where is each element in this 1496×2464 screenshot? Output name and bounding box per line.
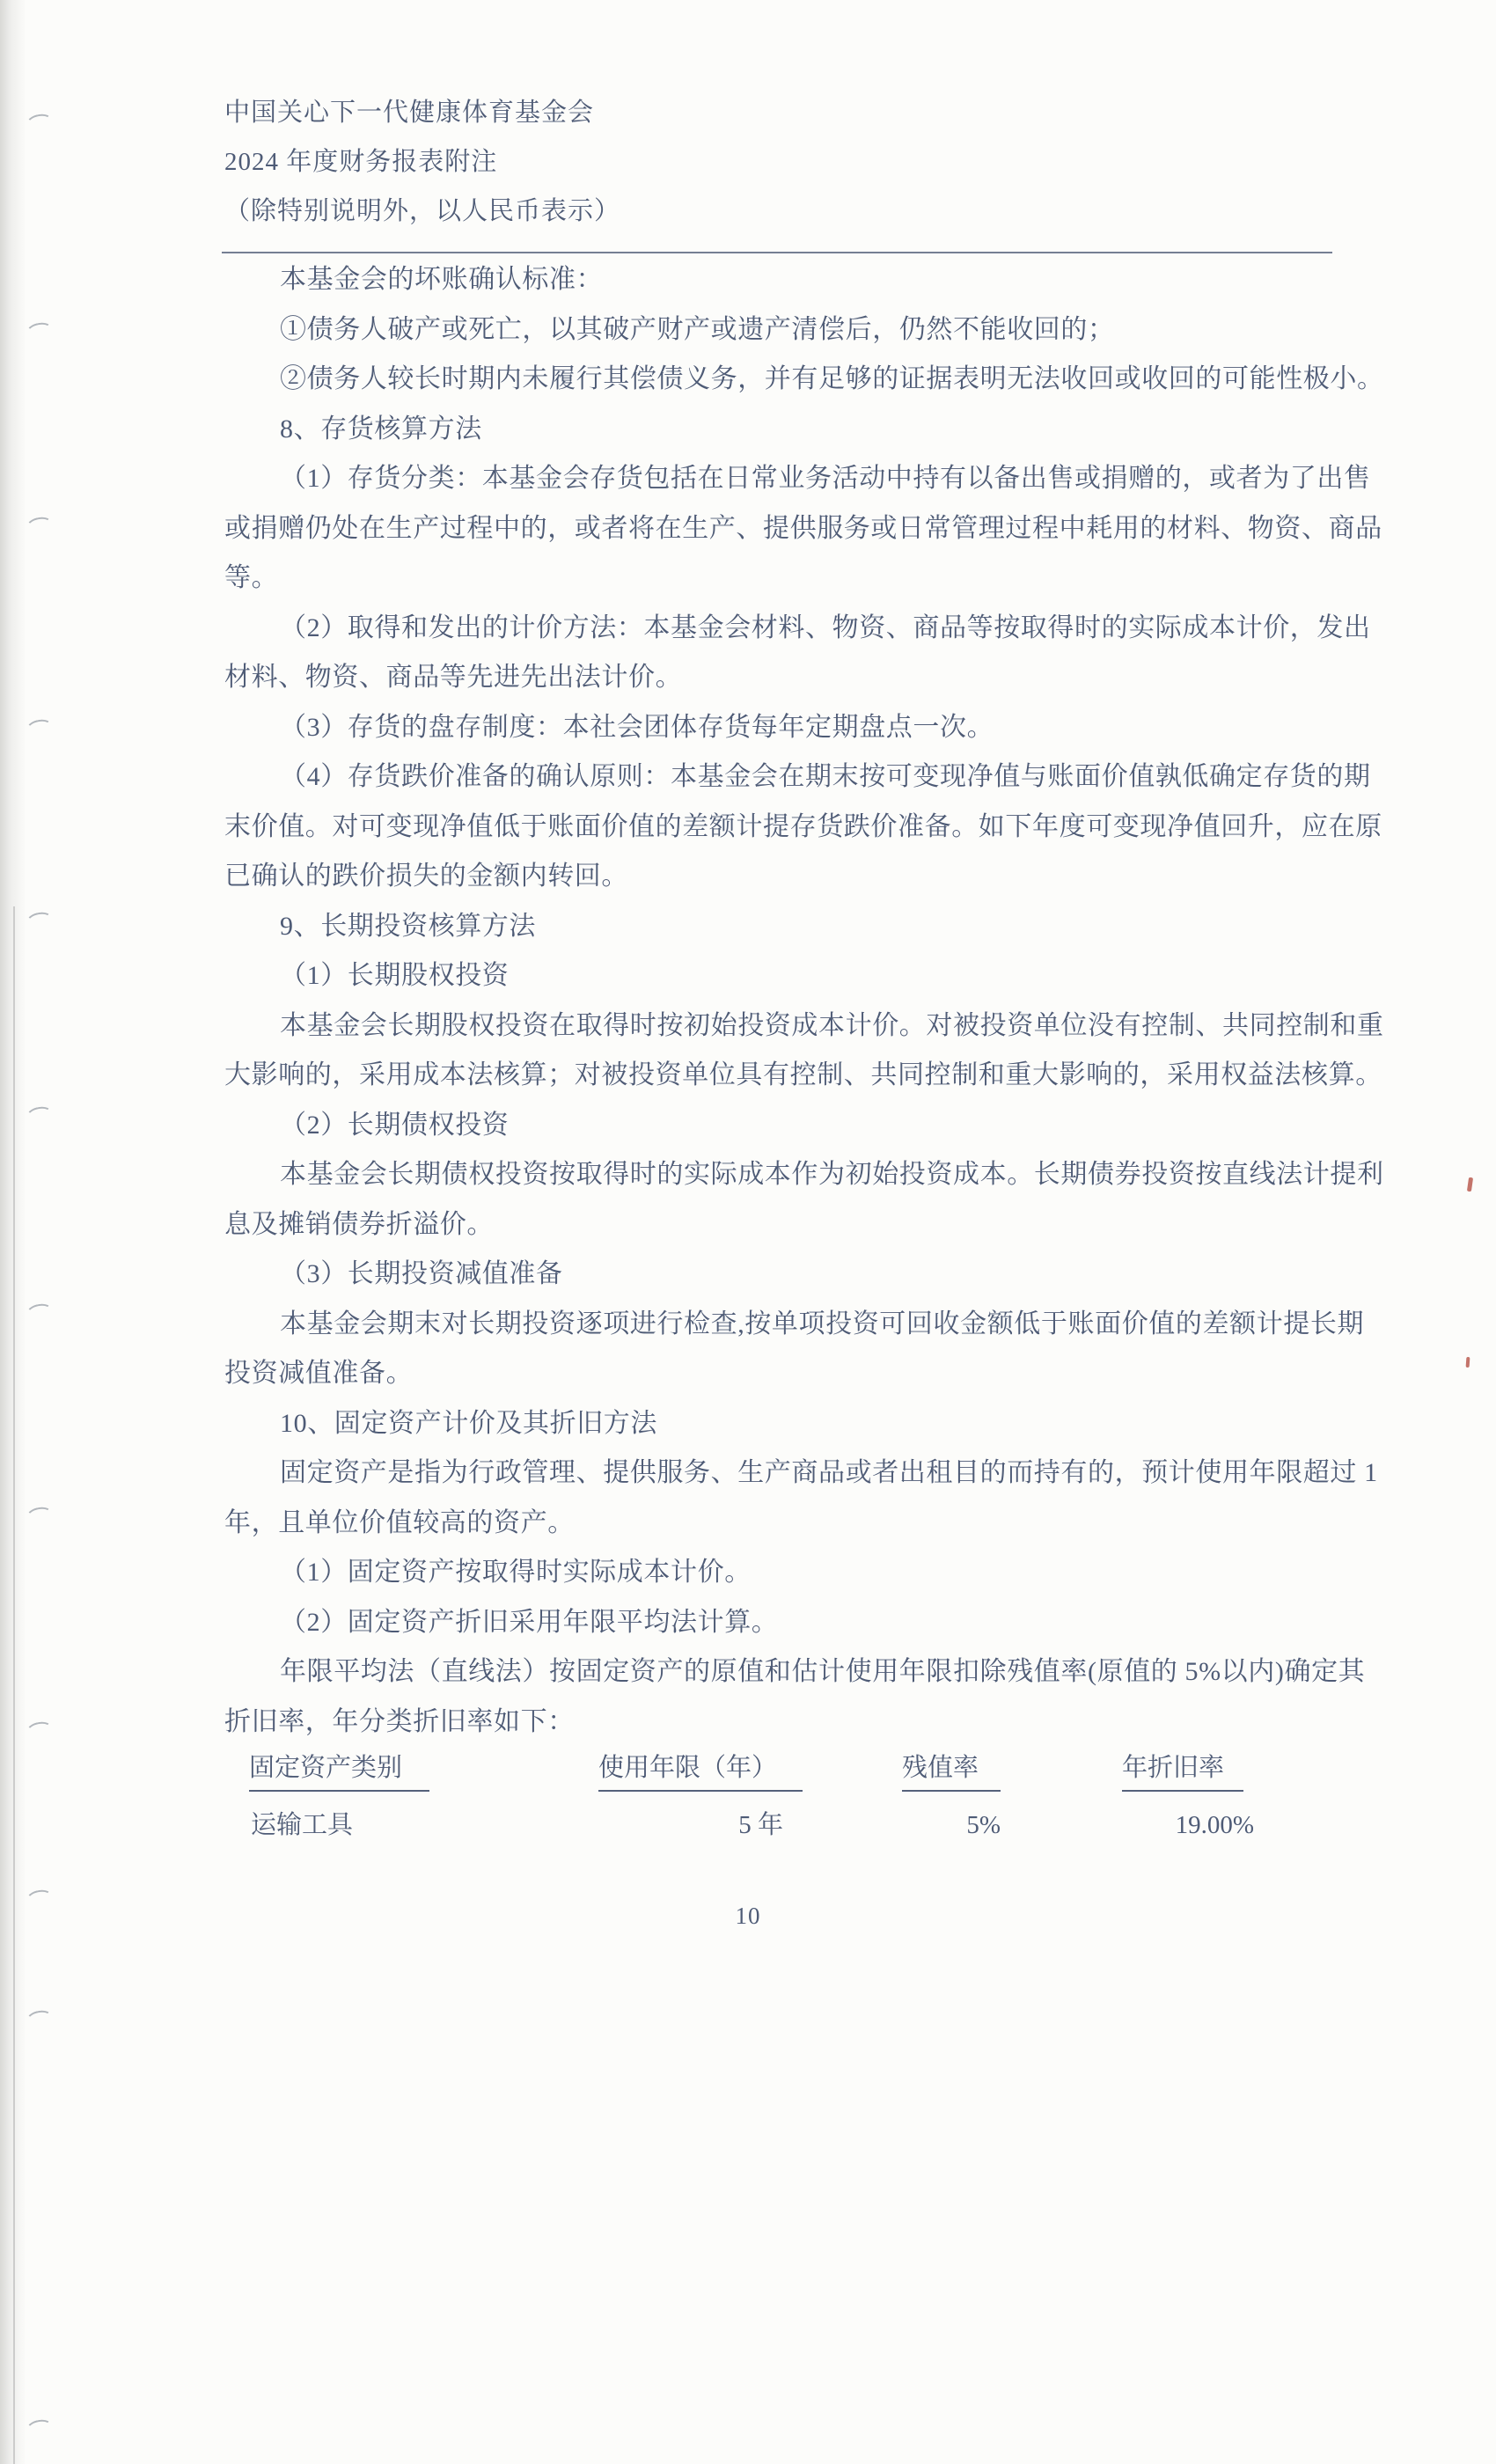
table-header-asset-class: 固定资产类别 <box>249 1749 429 1792</box>
binding-mark <box>26 1720 55 1742</box>
body-line: （2）长期债权投资 <box>224 1101 1335 1151</box>
body-line: 年，且单位价值较高的资产。 <box>224 1499 1335 1549</box>
body-line: 已确认的跌价损失的金额内转回。 <box>224 852 1335 902</box>
document-header: 中国关心下一代健康体育基金会 2024 年度财务报表附注 （除特别说明外，以人民… <box>224 88 1333 236</box>
body-line: 10、固定资产计价及其折旧方法 <box>224 1399 1335 1449</box>
table-cell-residual-rate: 5% <box>902 1808 1001 1843</box>
binding-mark <box>26 911 55 932</box>
body-line: （3）存货的盘存制度：本社会团体存货每年定期盘点一次。 <box>224 703 1335 753</box>
margin-red-mark <box>1467 1177 1473 1192</box>
binding-mark <box>26 2009 55 2030</box>
body-line: 或捐赠仍处在生产过程中的，或者将在生产、提供服务或日常管理过程中耗用的材料、物资… <box>224 504 1335 554</box>
body-line: （2）取得和发出的计价方法：本基金会材料、物资、商品等按取得时的实际成本计价，发… <box>224 604 1335 654</box>
body-line: 等。 <box>224 554 1335 604</box>
body-line: 大影响的，采用成本法核算；对被投资单位具有控制、共同控制和重大影响的，采用权益法… <box>224 1051 1335 1101</box>
scan-edge-line <box>13 906 15 2464</box>
binding-mark <box>26 113 55 134</box>
body-line: （1）长期股权投资 <box>224 951 1335 1001</box>
body-line: 本基金会期末对长期投资逐项进行检查,按单项投资可回收金额低于账面价值的差额计提长… <box>224 1300 1335 1350</box>
table-header-annual-rate: 年折旧率 <box>1122 1749 1243 1792</box>
binding-mark <box>26 321 55 342</box>
header-divider <box>222 252 1332 253</box>
body-line: （1）存货分类：本基金会存货包括在日常业务活动中持有以备出售或捐赠的，或者为了出… <box>224 454 1335 504</box>
body-line: 本基金会长期债权投资按取得时的实际成本作为初始投资成本。长期债券投资按直线法计提… <box>224 1150 1335 1200</box>
body-line: 材料、物资、商品等先进先出法计价。 <box>224 653 1335 703</box>
table-cell-asset-class: 运输工具 <box>251 1808 431 1843</box>
table-cell-annual-rate: 19.00% <box>1122 1808 1254 1843</box>
body-line: ②债务人较长时期内未履行其偿债义务，并有足够的证据表明无法收回或收回的可能性极小… <box>224 355 1335 405</box>
page-number: 10 <box>0 1903 1496 1930</box>
body-line: 息及摊销债券折溢价。 <box>224 1200 1335 1250</box>
binding-mark <box>26 718 55 739</box>
table-header-residual-rate: 残值率 <box>902 1749 1001 1792</box>
binding-mark <box>26 2418 55 2439</box>
binding-mark <box>26 1506 55 1527</box>
body-line: 9、长期投资核算方法 <box>224 902 1335 952</box>
body-line: 投资减值准备。 <box>224 1349 1335 1399</box>
binding-mark <box>26 516 55 537</box>
body-line: （3）长期投资减值准备 <box>224 1250 1335 1300</box>
binding-mark <box>26 1302 55 1324</box>
table-header-useful-life: 使用年限（年） <box>598 1749 803 1792</box>
binding-mark <box>26 1105 55 1126</box>
currency-note: （除特别说明外，以人民币表示） <box>224 187 1333 236</box>
body-line: 8、存货核算方法 <box>224 405 1335 455</box>
body-line: （1）固定资产按取得时实际成本计价。 <box>224 1548 1335 1598</box>
body-line: ①债务人破产或死亡，以其破产财产或遗产清偿后，仍然不能收回的； <box>224 305 1335 356</box>
body-line: 年限平均法（直线法）按固定资产的原值和估计使用年限扣除残值率(原值的 5%以内)… <box>224 1647 1335 1698</box>
body-line: 末价值。对可变现净值低于账面价值的差额计提存货跌价准备。如下年度可变现净值回升，… <box>224 803 1335 853</box>
report-title: 2024 年度财务报表附注 <box>224 137 1333 187</box>
document-body: 本基金会的坏账确认标准： ①债务人破产或死亡，以其破产财产或遗产清偿后，仍然不能… <box>224 255 1335 1747</box>
margin-red-mark <box>1466 1357 1470 1368</box>
body-line: 本基金会的坏账确认标准： <box>224 255 1335 305</box>
org-name: 中国关心下一代健康体育基金会 <box>224 88 1333 137</box>
body-line: （2）固定资产折旧采用年限平均法计算。 <box>224 1598 1335 1648</box>
body-line: 本基金会长期股权投资在取得时按初始投资成本计价。对被投资单位没有控制、共同控制和… <box>224 1001 1335 1052</box>
table-cell-useful-life: 5 年 <box>598 1808 803 1843</box>
scanned-document-page: 中国关心下一代健康体育基金会 2024 年度财务报表附注 （除特别说明外，以人民… <box>0 0 1496 2464</box>
body-line: （4）存货跌价准备的确认原则：本基金会在期末按可变现净值与账面价值孰低确定存货的… <box>224 752 1335 803</box>
body-line: 折旧率，年分类折旧率如下： <box>224 1698 1335 1748</box>
fixed-asset-depreciation-table: 固定资产类别 使用年限（年） 残值率 年折旧率 运输工具 5 年 5% 19.0… <box>224 1749 1335 1881</box>
body-line: 固定资产是指为行政管理、提供服务、生产商品或者出租目的而持有的，预计使用年限超过… <box>224 1448 1335 1499</box>
